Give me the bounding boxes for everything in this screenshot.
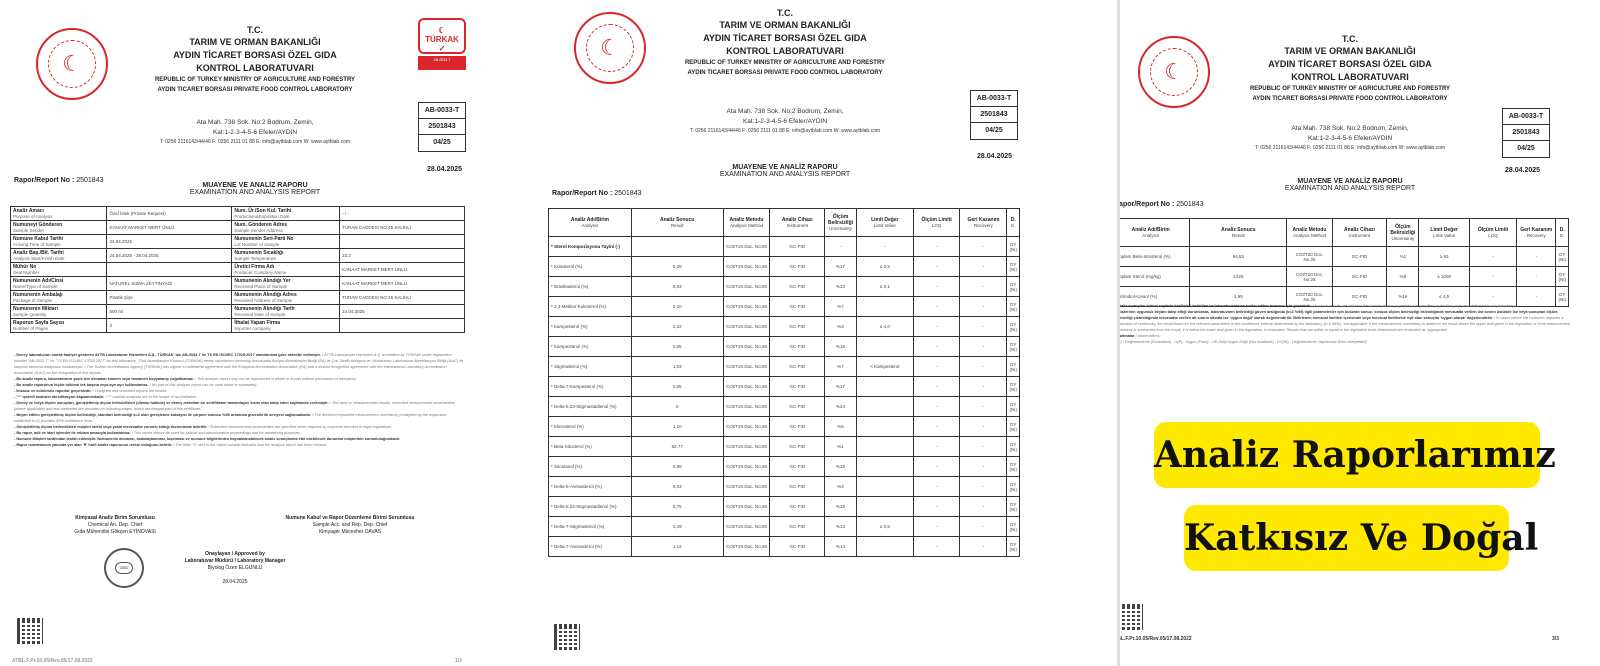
- cell-rec: -: [960, 477, 1007, 497]
- column-header: Geri KazanımRecovery: [1517, 219, 1556, 247]
- info-value: KANAAT MARKET MERT ÜNLÜ: [107, 221, 232, 235]
- cell-unc: %6: [1387, 267, 1419, 287]
- cell-result: 0,98: [631, 457, 723, 477]
- cell-unc: %15: [825, 497, 857, 517]
- cell-instrument: GC-FID: [770, 357, 825, 377]
- cell-method: COI/T20 Doc. No:26: [723, 517, 770, 537]
- promo-badge-analysis-reports: Analiz Raporlarımız: [1154, 422, 1540, 488]
- header-en-line2: AYDIN TICARET BORSASI PRIVATE FOOD CONTR…: [640, 68, 930, 78]
- info-value: 500 ml: [107, 305, 232, 319]
- cell-instrument: GC-FID: [770, 337, 825, 357]
- qr-code-icon[interactable]: [1117, 604, 1143, 630]
- ministry-seal-icon: ☾: [36, 28, 108, 100]
- cell-result: 0,75: [631, 497, 723, 517]
- info-value: 24.04.2025: [340, 305, 465, 319]
- promo-line1: Analiz Raporlarımız: [1154, 434, 1556, 476]
- info-value: KANAAT MARKET MERT ÜNLÜ: [340, 263, 465, 277]
- ministry-seal-icon: ☾: [1138, 36, 1210, 108]
- cell-name: * Toplam Sterol (mg/kg): [1117, 267, 1190, 287]
- info-label: Numunenin SıcaklığıSample Temperature: [232, 249, 340, 263]
- header-en-line2: AYDIN TICARET BORSASI PRIVATE FOOD CONTR…: [1210, 94, 1490, 104]
- header-lab-line1: AYDIN TİCARET BORSASI ÖZEL GIDA: [1210, 58, 1490, 71]
- table-row: * Kampestanol (%)0,05COI/T20 Doc. No:26G…: [549, 337, 1020, 357]
- header-en-line1: REPUBLIC OF TURKEY MINISTRY OF AGRICULTU…: [1210, 84, 1490, 94]
- cell-limit: [856, 537, 913, 557]
- cell-name: * Delta-5,24-Stigmastadienol (%): [549, 497, 632, 517]
- approval-block: Onaylayan / Approved by Laboratuvar Müdü…: [170, 551, 300, 586]
- table-row: * Delta-7-Kampesterol (%)0,05COI/T20 Doc…: [549, 377, 1020, 397]
- cell-unc: -: [825, 237, 857, 257]
- approval-title: Onaylayan / Approved by: [205, 551, 265, 557]
- cell-limit: [856, 497, 913, 517]
- cell-eval: DY (NI): [1556, 267, 1569, 287]
- note-item: - Müşterinin uygunluk beyanı talep ettiğ…: [1117, 309, 1574, 333]
- cell-result: 1,03: [631, 357, 723, 377]
- signature-sample-chief: Numune Kabul ve Rapor Düzenleme Birimi S…: [260, 515, 440, 536]
- cell-loq: -: [1470, 247, 1517, 267]
- cell-eval: DY (NI): [1556, 247, 1569, 267]
- report-notes: - Deney laboratuvarı olarak faaliyet gös…: [14, 352, 464, 448]
- cell-instrument: GC-FID: [770, 277, 825, 297]
- column-header: Analiz SonucuResult: [631, 209, 723, 237]
- report-title-en: EXAMINATION AND ANALYSIS REPORT: [640, 171, 930, 178]
- cell-method: COI/T20 Doc. No:26: [723, 277, 770, 297]
- cell-limit: [856, 457, 913, 477]
- report-no-value: 2501843: [614, 190, 641, 197]
- cell-eval: DY (NI): [1007, 297, 1020, 317]
- cell-loq: -: [913, 357, 960, 377]
- info-row: Raporun Sayfa SayısıNumber of Pages3İtha…: [11, 319, 465, 333]
- report-title-en: EXAMINATION AND ANALYSIS REPORT: [110, 189, 400, 196]
- cell-rec: -: [960, 257, 1007, 277]
- cell-name: * Delta-7-Kampesterol (%): [549, 377, 632, 397]
- column-header: Geri KazanımRecovery: [960, 209, 1007, 237]
- cell-name: * Brasikasterol (%): [549, 277, 632, 297]
- cell-instrument: GC-FID: [770, 377, 825, 397]
- cell-rec: -: [960, 397, 1007, 417]
- cell-limit: < Kampesterol: [856, 357, 913, 377]
- cell-name: * Kampestanol (%): [549, 337, 632, 357]
- column-header: Analiz CihazıInstrument: [1332, 219, 1387, 247]
- info-row: Analiz Baş./Bit. TarihiAnalysis Start/Fi…: [11, 249, 465, 263]
- cell-unc: %1: [1387, 247, 1419, 267]
- cell-method: COI/T20 Doc. No:26: [723, 357, 770, 377]
- table-row: * Delta-5,23-Stigmastadienol (%)0COI/T20…: [549, 397, 1020, 417]
- info-value: TURAN CADDESİ NO:45 SALİHLİ: [340, 291, 465, 305]
- info-label: Analiz AmacıPurpose of Analysis: [11, 207, 107, 221]
- cell-loq: -: [913, 317, 960, 337]
- cell-limit: [856, 397, 913, 417]
- column-header: Ölçüm BelirsizliğiUncertainty: [1387, 219, 1419, 247]
- column-header: Ölçüm LimitiLOQ: [913, 209, 960, 237]
- code-box: AB-0033-T 2501843 04/25: [970, 90, 1018, 140]
- info-value: NATUREL SIZMA ZEYTİNYAĞI: [107, 277, 232, 291]
- report-no-label: Rapor/Report No :: [1117, 201, 1174, 208]
- cell-limit: [856, 417, 913, 437]
- cell-loq: -: [913, 277, 960, 297]
- cell-name: * Klerosterol (%): [549, 417, 632, 437]
- contact-line: T: 0256 2116143/44/46 F: 0256 2111 01 88…: [110, 138, 400, 147]
- cell-rec: -: [960, 517, 1007, 537]
- cell-result: 1,10: [631, 417, 723, 437]
- cell-eval: DY (NI): [1007, 337, 1020, 357]
- cell-limit: [856, 437, 913, 457]
- info-label: Numunenin Alındığı YerReceived Place of …: [232, 277, 340, 291]
- report-date: 28.04.2025: [427, 166, 462, 173]
- stamp-text: 2002: [115, 562, 133, 574]
- column-header: Analiz MetoduAnalysis Method: [1287, 219, 1332, 247]
- info-value: 3: [107, 319, 232, 333]
- cell-result: 94,63: [1190, 247, 1287, 267]
- page-number: 3/3: [1552, 636, 1559, 642]
- info-label: Numunenin AmbalajıPackage of Sample: [11, 291, 107, 305]
- address-line1: Ata Mah. 738 Sok. No:2 Bodrum, Zemin,: [640, 107, 930, 117]
- note-item: - Beyan edilen genişletilmiş ölçüm belir…: [14, 412, 464, 424]
- cell-unc: %17: [825, 377, 857, 397]
- approval-role: Laboratuvar Müdürü / Laboratory Manager: [185, 558, 286, 564]
- results-notes: - Analiz sonuçları birinci sayfada özell…: [1117, 303, 1574, 345]
- info-value: [340, 319, 465, 333]
- info-label: Num. Gönderen AdresSample Sender Address: [232, 221, 340, 235]
- report-title-tr: MUAYENE VE ANALİZ RAPORU: [110, 182, 400, 189]
- report-page-3: ☾ T.C. TARIM VE ORMAN BAKANLIĞI AYDIN Tİ…: [1117, 0, 1600, 666]
- cell-limit: ≤ 0,5: [856, 517, 913, 537]
- info-value: Plastik Şişe: [107, 291, 232, 305]
- cell-unc: %5: [825, 417, 857, 437]
- info-row: Numuneyi GönderenSample SenderKANAAT MAR…: [11, 221, 465, 235]
- cell-eval: DY (NI): [1007, 477, 1020, 497]
- cell-loq: -: [913, 477, 960, 497]
- lab-address: Ata Mah. 738 Sok. No:2 Bodrum, Zemin, Ka…: [1210, 124, 1490, 153]
- table-row: * Klerosterol (%)1,10COI/T20 Doc. No:26G…: [549, 417, 1020, 437]
- period-code: 04/25: [971, 123, 1017, 139]
- cell-unc: %3: [825, 317, 857, 337]
- cell-name: * Delta-7-Avenasterol (%): [549, 537, 632, 557]
- cell-loq: -: [913, 497, 960, 517]
- results-table-page2: Analiz Adı/BirimAnalysisAnaliz SonucuRes…: [548, 208, 1020, 557]
- cell-method: COI/T20 Doc. No:26: [723, 397, 770, 417]
- report-no-label: Rapor/Report No :: [14, 177, 74, 184]
- cell-name: * Stigmasterol (%): [549, 357, 632, 377]
- cell-instrument: GC-FID: [770, 537, 825, 557]
- cell-instrument: GC-FID: [770, 517, 825, 537]
- column-header: Analiz Adı/BirimAnalysis: [549, 209, 632, 237]
- table-row: * Stigmasterol (%)1,03COI/T20 Doc. No:26…: [549, 357, 1020, 377]
- column-header: Analiz Adı/BirimAnalysis: [1117, 219, 1190, 247]
- table-row: * 2,4-Metilen-Kolesterol (%)0,10COI/T20 …: [549, 297, 1020, 317]
- cell-rec: -: [960, 297, 1007, 317]
- info-label: Numunenin Alındığı TarihReceived Date of…: [232, 305, 340, 319]
- lab-address: Ata Mah. 738 Sok. No:2 Bodrum, Zemin, Ka…: [110, 118, 400, 147]
- sig-left-name: Gıda Mühendisi Gökçen EYİNOVASI: [74, 529, 156, 535]
- cell-method: COI/T20 Doc. No:26: [723, 337, 770, 357]
- cell-name: * Toplam Beta-Sitosterol (%): [1117, 247, 1190, 267]
- column-header: Ölçüm BelirsizliğiUncertainty: [825, 209, 857, 237]
- info-row: Numunenin AmbalajıPackage of SamplePlast…: [11, 291, 465, 305]
- cell-result: 0: [631, 397, 723, 417]
- cell-rec: -: [960, 277, 1007, 297]
- cell-instrument: GC-FID: [770, 317, 825, 337]
- report-no-value: 2501843: [76, 177, 103, 184]
- accreditation-code: AB-0033-T: [971, 91, 1017, 107]
- column-header: Limit DeğerLimit Value: [856, 209, 913, 237]
- footer-code: ATBL.F.Pr.10.05/Rev.05/17.08.2022: [12, 658, 93, 664]
- table-row: * Beta-Sitosterol (%)82,77COI/T20 Doc. N…: [549, 437, 1020, 457]
- cell-rec: -: [960, 457, 1007, 477]
- cell-instrument: GC-FID: [1332, 267, 1387, 287]
- cell-instrument: GC-FID: [770, 477, 825, 497]
- cell-instrument: GC-FID: [1332, 247, 1387, 267]
- info-row: Numune Kabul TarihiArriving Time of Samp…: [11, 235, 465, 249]
- cell-eval: DY (NI): [1007, 517, 1020, 537]
- cell-rec: -: [960, 357, 1007, 377]
- cell-unc: %1: [825, 437, 857, 457]
- header-ministry: TARIM VE ORMAN BAKANLIĞI: [110, 36, 400, 49]
- cell-unc: %23: [825, 277, 857, 297]
- sig-right-name: Kimyager Mücevher DAVAS: [319, 529, 381, 535]
- report-title-tr: MUAYENE VE ANALİZ RAPORU: [1210, 178, 1490, 185]
- info-label: İthalat Yapan FirmaImporter company: [232, 319, 340, 333]
- cell-name: * Delta-5-Avenasterol (%): [549, 477, 632, 497]
- header-en-line1: REPUBLIC OF TURKEY MINISTRY OF AGRICULTU…: [110, 75, 400, 85]
- table-row: * Delta-5-Avenasterol (%)9,03COI/T20 Doc…: [549, 477, 1020, 497]
- cell-result: 82,77: [631, 437, 723, 457]
- cell-method: COI/T20 Doc. No:26: [723, 257, 770, 277]
- column-header: D.E.: [1007, 209, 1020, 237]
- promo-line2: Katkısız Ve Doğal: [1184, 517, 1538, 559]
- cell-limit: ≥ 1000: [1419, 267, 1470, 287]
- report-no-value: 2501843: [1176, 201, 1203, 208]
- header-lab-line2: KONTROL LABORATUVARI: [1210, 71, 1490, 84]
- cell-rec: -: [960, 437, 1007, 457]
- code-box: AB-0033-T 2501843 04/25: [1502, 108, 1550, 158]
- cell-eval: DY (NI): [1007, 277, 1020, 297]
- cell-name: * Kolesterol (%): [549, 257, 632, 277]
- column-header: Analiz CihazıInstrument: [770, 209, 825, 237]
- cell-method: COI/T20 Doc. No:26: [723, 237, 770, 257]
- cell-result: 2,22: [631, 317, 723, 337]
- cell-unc: %24: [825, 397, 857, 417]
- cell-limit: [856, 377, 913, 397]
- note-item: - Deney ve /veya ölçüm sonuçları, genişl…: [14, 400, 464, 412]
- cell-method: COI/T20 Doc. No:26: [723, 297, 770, 317]
- cell-limit: ≤ 0,1: [856, 277, 913, 297]
- cell-loq: -: [1470, 267, 1517, 287]
- cell-method: COI/T20 Doc. No:26: [723, 457, 770, 477]
- info-label: Numuneyi GönderenSample Sender: [11, 221, 107, 235]
- info-label: Numunenin MiktarıSample Quantity: [11, 305, 107, 319]
- info-value: - / -: [340, 207, 465, 221]
- note-item: - Deney laboratuvarı olarak faaliyet gös…: [14, 352, 464, 376]
- info-label: Raporun Sayfa SayısıNumber of Pages: [11, 319, 107, 333]
- cell-loq: -: [913, 537, 960, 557]
- cell-eval: DY (NI): [1007, 257, 1020, 277]
- table-row: * Toplam Beta-Sitosterol (%)94,63COI/T20…: [1117, 247, 1569, 267]
- accreditation-code: AB-0033-T: [1503, 109, 1549, 125]
- cell-method: COI/T20 Doc. No:26: [723, 497, 770, 517]
- column-header: Ölçüm LimitiLOQ: [1470, 219, 1517, 247]
- cell-unc: %7: [825, 297, 857, 317]
- address-line1: Ata Mah. 738 Sok. No:2 Bodrum, Zemin,: [110, 118, 400, 128]
- cell-loq: -: [913, 377, 960, 397]
- contact-line: T: 0256 2116143/44/46 F: 0256 2111 01 88…: [1210, 144, 1490, 153]
- cell-rec: -: [960, 537, 1007, 557]
- info-label: Üretici Firma AdıProducer Company Name: [232, 263, 340, 277]
- cell-method: COI/T20 Doc. No:26: [723, 437, 770, 457]
- cell-loq: -: [913, 397, 960, 417]
- cell-limit: ≤ 4,0: [856, 317, 913, 337]
- cell-name: * Delta-5,23-Stigmastadienol (%): [549, 397, 632, 417]
- cell-instrument: GC-FID: [770, 397, 825, 417]
- header-lab-line1: AYDIN TİCARET BORSASI ÖZEL GIDA: [110, 49, 400, 62]
- period-code: 04/25: [1503, 141, 1549, 157]
- header-en-line2: AYDIN TICARET BORSASI PRIVATE FOOD CONTR…: [110, 85, 400, 95]
- report-title: MUAYENE VE ANALİZ RAPORU EXAMINATION AND…: [1210, 178, 1490, 192]
- cell-loq: -: [913, 417, 960, 437]
- report-no-label: Rapor/Report No :: [552, 190, 612, 197]
- results-header-row: Analiz Adı/BirimAnalysisAnaliz SonucuRes…: [1117, 219, 1569, 247]
- report-number: Rapor/Report No : 2501843: [1117, 201, 1204, 208]
- header-en-line1: REPUBLIC OF TURKEY MINISTRY OF AGRICULTU…: [640, 58, 930, 68]
- table-row: * Kolesterol (%)0,28COI/T20 Doc. No:26GC…: [549, 257, 1020, 277]
- cell-unc: %15: [825, 457, 857, 477]
- cell-result: 1326: [1190, 267, 1287, 287]
- cell-method: COI/T20 Doc. No:26: [723, 477, 770, 497]
- info-label: Numunenin Alındığı AdresReceived Address…: [232, 291, 340, 305]
- cell-eval: DY (NI): [1007, 237, 1020, 257]
- cell-name: * Sitostanol (%): [549, 457, 632, 477]
- cell-instrument: GC-FID: [770, 437, 825, 457]
- turkak-accreditation-logo: ☾TÜRKAK✓ AB-0033-T: [418, 18, 466, 76]
- cell-result: 9,03: [631, 477, 723, 497]
- cell-instrument: GC-FID: [770, 497, 825, 517]
- cell-rec: -: [960, 377, 1007, 397]
- report-title-tr: MUAYENE VE ANALİZ RAPORU: [640, 164, 930, 171]
- address-line2: Kat:1-2-3-4-5-6 Efeler/AYDIN: [640, 117, 930, 127]
- cell-result: 0,05: [631, 337, 723, 357]
- report-header: T.C. TARIM VE ORMAN BAKANLIĞI AYDIN TİCA…: [640, 7, 930, 78]
- report-date: 28.04.2025: [1505, 167, 1540, 174]
- qr-code-icon[interactable]: [17, 618, 43, 644]
- info-row: Mühür NoSeal NumberÜretici Firma AdıProd…: [11, 263, 465, 277]
- address-line1: Ata Mah. 738 Sok. No:2 Bodrum, Zemin,: [1210, 124, 1490, 134]
- table-row: * Sitostanol (%)0,98COI/T20 Doc. No:26GC…: [549, 457, 1020, 477]
- cell-instrument: GC-FID: [770, 417, 825, 437]
- info-value: [340, 235, 465, 249]
- cell-name: * Beta-Sitosterol (%): [549, 437, 632, 457]
- table-row: * Delta-5,24-Stigmastadienol (%)0,75COI/…: [549, 497, 1020, 517]
- header-ministry: TARIM VE ORMAN BAKANLIĞI: [640, 19, 930, 32]
- cell-method: COI/T20 Doc. No:26: [723, 377, 770, 397]
- table-row: * Kampesterol (%)2,22COI/T20 Doc. No:26G…: [549, 317, 1020, 337]
- cell-instrument: GC-FID: [770, 457, 825, 477]
- report-code: 2501843: [971, 107, 1017, 123]
- accreditation-code: AB-0033-T: [419, 103, 465, 119]
- report-page-1: ☾ T.C. TARIM VE ORMAN BAKANLIĞI AYDIN Tİ…: [0, 0, 530, 666]
- header-ministry: TARIM VE ORMAN BAKANLIĞI: [1210, 45, 1490, 58]
- cell-result: 0,49: [631, 517, 723, 537]
- address-line2: Kat:1-2-3-4-5-6 Efeler/AYDIN: [110, 128, 400, 138]
- cell-unc: %4: [825, 477, 857, 497]
- sig-left-title: Kimyasal Analiz Birim Sorumlusu: [75, 515, 155, 521]
- report-date: 28.04.2025: [977, 153, 1012, 160]
- cell-loq: -: [913, 297, 960, 317]
- cell-name: * Kampesterol (%): [549, 317, 632, 337]
- info-label: Num. Ür./Son Kul. TarihiProduction&Expir…: [232, 207, 340, 221]
- info-value: 23.2: [340, 249, 465, 263]
- cell-eval: DY (NI): [1007, 377, 1020, 397]
- cell-loq: -: [913, 517, 960, 537]
- cell-limit: [856, 337, 913, 357]
- info-row: Numunenin MiktarıSample Quantity500 mlNu…: [11, 305, 465, 319]
- report-page-2: ☾ T.C. TARIM VE ORMAN BAKANLIĞI AYDIN Tİ…: [540, 0, 1065, 666]
- code-box: AB-0033-T 2501843 04/25: [418, 102, 466, 152]
- header-lab-line1: AYDIN TİCARET BORSASI ÖZEL GIDA: [640, 32, 930, 45]
- cell-eval: DY (NI): [1007, 497, 1020, 517]
- info-value: [107, 263, 232, 277]
- table-row: * Toplam Sterol (mg/kg)1326COI/T20 Doc. …: [1117, 267, 1569, 287]
- cell-rec: -: [960, 237, 1007, 257]
- report-title: MUAYENE VE ANALİZ RAPORU EXAMINATION AND…: [110, 182, 400, 196]
- report-code: 2501843: [419, 119, 465, 135]
- cell-limit: -: [856, 237, 913, 257]
- cell-result: [631, 237, 723, 257]
- cell-eval: DY (NI): [1007, 397, 1020, 417]
- info-row: Analiz AmacıPurpose of AnalysisÖzel İste…: [11, 207, 465, 221]
- cell-limit: [856, 477, 913, 497]
- cell-rec: -: [1517, 247, 1556, 267]
- cell-result: 0,28: [631, 257, 723, 277]
- signature-chemical-chief: Kimyasal Analiz Birim Sorumlusu Chemical…: [40, 515, 190, 536]
- cell-unc: %17: [825, 257, 857, 277]
- note-item: - Rapor numarasının yanında yer alan 'R'…: [14, 442, 464, 448]
- column-header: Analiz SonucuResult: [1190, 219, 1287, 247]
- info-label: Numunenin Seri-Parti NoLot Number of Sam…: [232, 235, 340, 249]
- info-value: 24.04.2025: [107, 235, 232, 249]
- page-number: 1/3: [455, 658, 462, 664]
- cell-instrument: GC-FID: [770, 237, 825, 257]
- contact-line: T: 0256 2116143/44/46 F: 0256 2111 01 88…: [640, 127, 930, 136]
- info-value: TURAN CADDESİ NO:45 SALİHLİ: [340, 221, 465, 235]
- lab-address: Ata Mah. 738 Sok. No:2 Bodrum, Zemin, Ka…: [640, 107, 930, 136]
- period-code: 04/25: [419, 135, 465, 151]
- footer-code: ATBL.F.Pr.10.05/Rev.05/17.08.2022: [1117, 636, 1192, 642]
- header-tc: T.C.: [1210, 33, 1490, 45]
- cell-rec: -: [960, 317, 1007, 337]
- cell-result: 1,12: [631, 537, 723, 557]
- cell-limit: ≤ 0,5: [856, 257, 913, 277]
- approval-date: 28.04.2025: [222, 579, 247, 585]
- lab-stamp-icon: 2002: [104, 548, 144, 588]
- cell-eval: DY (NI): [1007, 357, 1020, 377]
- qr-code-icon[interactable]: [554, 624, 580, 650]
- cell-limit: [856, 297, 913, 317]
- report-code: 2501843: [1503, 125, 1549, 141]
- info-label: Numune Kabul TarihiArriving Time of Samp…: [11, 235, 107, 249]
- sig-right-title: Numune Kabul ve Rapor Düzenleme Birimi S…: [286, 515, 415, 521]
- report-number: Rapor/Report No : 2501843: [552, 190, 642, 197]
- table-row: * Sterol Kompozisyonu Tayini (-)COI/T20 …: [549, 237, 1020, 257]
- sig-left-role: Chemical An. Dep. Chief: [88, 522, 142, 528]
- cell-instrument: GC-FID: [770, 257, 825, 277]
- column-header: D.E.: [1556, 219, 1569, 247]
- cell-loq: -: [913, 257, 960, 277]
- cell-result: 0,10: [631, 297, 723, 317]
- header-tc: T.C.: [110, 24, 400, 36]
- cell-name: * Sterol Kompozisyonu Tayini (-): [549, 237, 632, 257]
- table-row: * Brasikasterol (%)0,03COI/T20 Doc. No:2…: [549, 277, 1020, 297]
- info-value: Özel İstek (Private Request): [107, 207, 232, 221]
